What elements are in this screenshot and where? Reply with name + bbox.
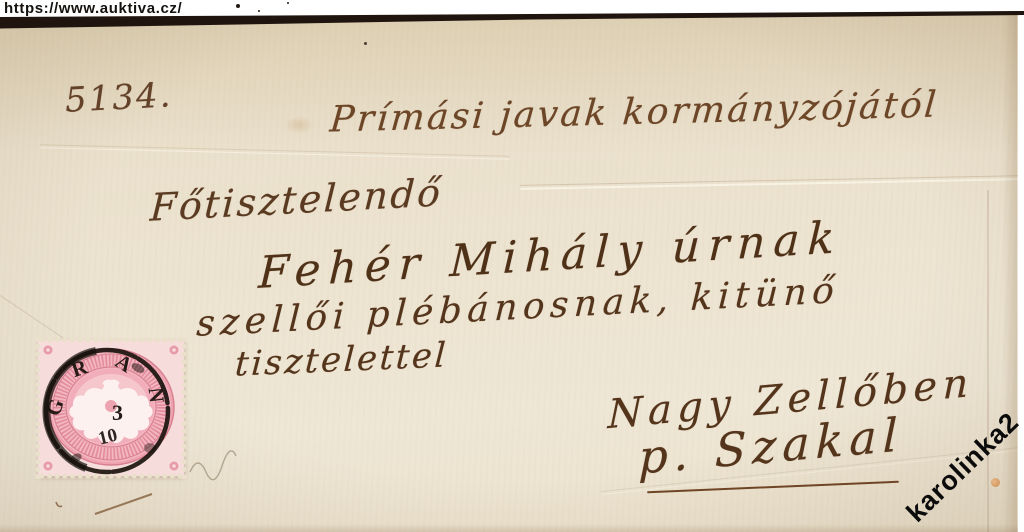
ink-speck [364,42,367,45]
auction-site-url: https://www.auktiva.cz/ [4,0,182,17]
ink-speck [272,16,275,19]
postmark-month-text: 10 [96,425,120,450]
ink-speck [236,4,240,8]
wax-dot [991,478,1000,487]
ink-speck [287,2,289,4]
screenshot-root: 5134. Prímási javak kormányzójától Főtis… [0,0,1024,532]
postmark-day-text: 3 [112,400,123,425]
ink-speck [258,10,260,12]
postmark: GRAN 3 10 [30,330,200,500]
postmark-town-text: GRAN [41,347,172,428]
reference-number: 5134. [64,75,173,121]
svg-text:GRAN: GRAN [41,347,172,428]
